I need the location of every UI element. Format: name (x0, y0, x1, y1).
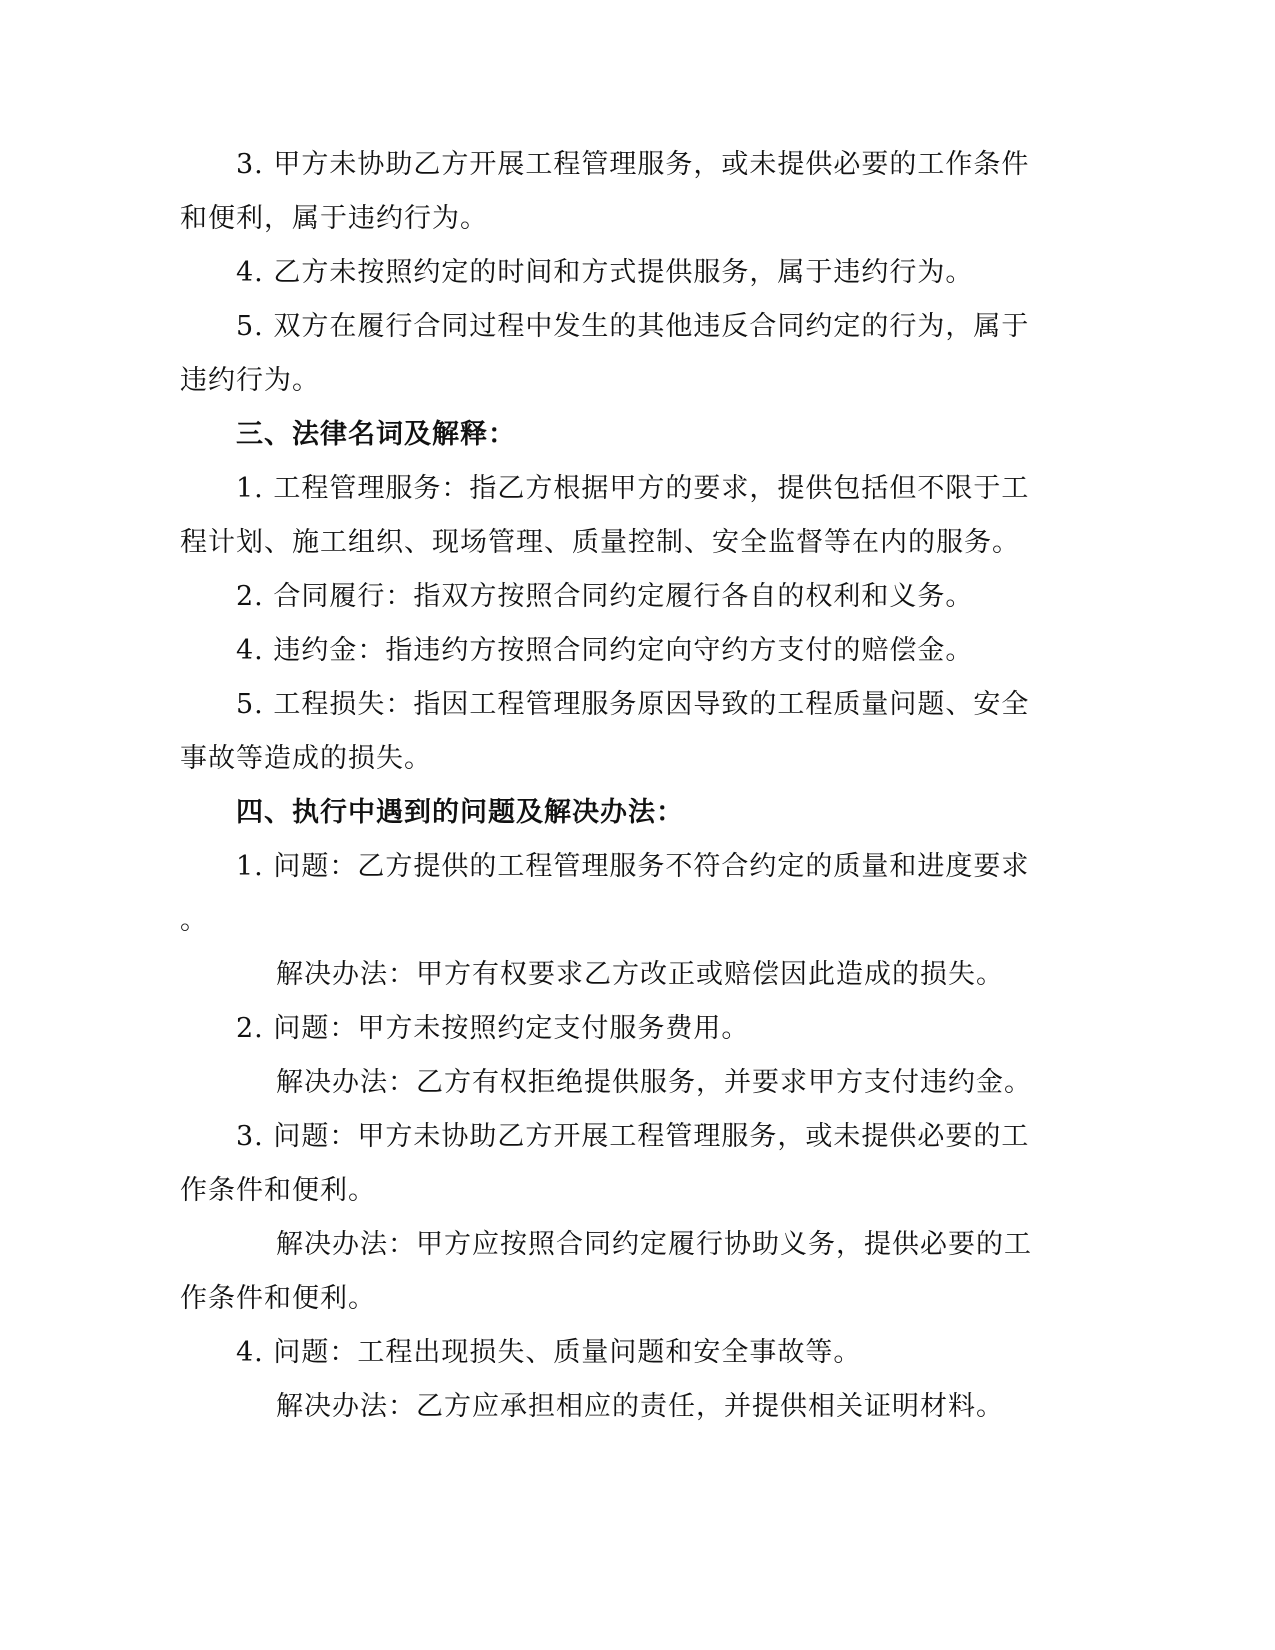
problem-3-cont: 作条件和便利。 (180, 1164, 1060, 1218)
term-5: 5. 工程损失：指因工程管理服务原因导致的工程质量问题、安全 (180, 678, 1060, 732)
solution-3: 解决办法：甲方应按照合同约定履行协助义务，提供必要的工 (180, 1218, 1060, 1272)
term-4: 4. 违约金：指违约方按照合同约定向守约方支付的赔偿金。 (180, 624, 1060, 678)
document-page: 3. 甲方未协助乙方开展工程管理服务，或未提供必要的工作条件 和便利，属于违约行… (180, 138, 1060, 1434)
problem-3: 3. 问题：甲方未协助乙方开展工程管理服务，或未提供必要的工 (180, 1110, 1060, 1164)
solution-1: 解决办法：甲方有权要求乙方改正或赔偿因此造成的损失。 (180, 948, 1060, 1002)
clause-3-breach-cont: 和便利，属于违约行为。 (180, 192, 1060, 246)
clause-3-breach: 3. 甲方未协助乙方开展工程管理服务，或未提供必要的工作条件 (180, 138, 1060, 192)
section-heading-problems: 四、执行中遇到的问题及解决办法： (180, 786, 1060, 840)
problem-1-cont: 。 (180, 894, 1060, 948)
solution-3-cont: 作条件和便利。 (180, 1272, 1060, 1326)
term-1-cont: 程计划、施工组织、现场管理、质量控制、安全监督等在内的服务。 (180, 516, 1060, 570)
clause-5-breach-cont: 违约行为。 (180, 354, 1060, 408)
term-1: 1. 工程管理服务：指乙方根据甲方的要求，提供包括但不限于工 (180, 462, 1060, 516)
solution-4: 解决办法：乙方应承担相应的责任，并提供相关证明材料。 (180, 1380, 1060, 1434)
term-5-cont: 事故等造成的损失。 (180, 732, 1060, 786)
section-heading-legal-terms: 三、法律名词及解释： (180, 408, 1060, 462)
problem-1: 1. 问题：乙方提供的工程管理服务不符合约定的质量和进度要求 (180, 840, 1060, 894)
clause-4-breach: 4. 乙方未按照约定的时间和方式提供服务，属于违约行为。 (180, 246, 1060, 300)
solution-2: 解决办法：乙方有权拒绝提供服务，并要求甲方支付违约金。 (180, 1056, 1060, 1110)
problem-4: 4. 问题：工程出现损失、质量问题和安全事故等。 (180, 1326, 1060, 1380)
problem-2: 2. 问题：甲方未按照约定支付服务费用。 (180, 1002, 1060, 1056)
term-2: 2. 合同履行：指双方按照合同约定履行各自的权利和义务。 (180, 570, 1060, 624)
clause-5-breach: 5. 双方在履行合同过程中发生的其他违反合同约定的行为，属于 (180, 300, 1060, 354)
